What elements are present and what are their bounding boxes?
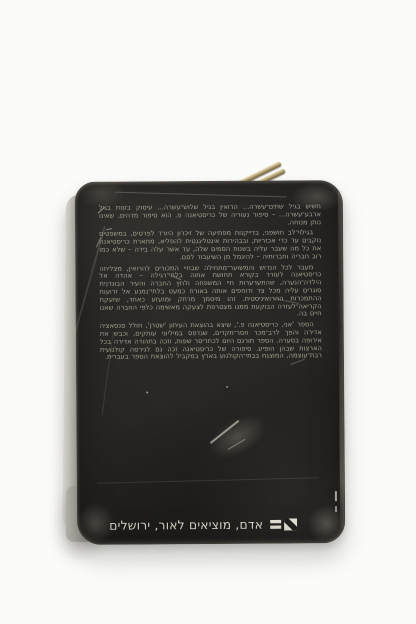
publisher-imprint: אדם, מוציאים לאור, ירושלים bbox=[101, 517, 297, 532]
product-photo: חשיש בגיל שתים־עשרה... הרואין בגיל שלוש־… bbox=[0, 0, 416, 624]
blurb-paragraph: מעבר לכל הנדוש והמשוער־מתחילה שבחיי המכו… bbox=[99, 264, 321, 320]
scratch bbox=[115, 192, 287, 198]
speck bbox=[226, 386, 228, 388]
scratch bbox=[210, 420, 239, 444]
blurb-paragraph: חשיש בגיל שתים־עשרה... הרואין בגיל שלוש־… bbox=[99, 203, 321, 228]
scuff-patch bbox=[188, 394, 286, 479]
worn-edge-highlight bbox=[338, 190, 344, 528]
back-cover-text: חשיש בגיל שתים־עשרה... הרואין בגיל שלוש־… bbox=[99, 203, 322, 365]
leather-book-cover: חשיש בגיל שתים־עשרה... הרואין בגיל שלוש־… bbox=[75, 180, 346, 545]
speck bbox=[146, 391, 148, 393]
scratch bbox=[228, 439, 246, 450]
publisher-logo-icon bbox=[270, 518, 297, 530]
corner-sheen bbox=[301, 498, 353, 550]
blurb-paragraph: בגילוי־לב חושפני, בדייקנות מפתיעה של זיכ… bbox=[99, 230, 321, 263]
edge-print-mark bbox=[335, 491, 337, 501]
crease bbox=[97, 477, 319, 483]
publisher-name: אדם, מוציאים לאור, ירושלים bbox=[109, 518, 263, 533]
edge-print-mark bbox=[335, 506, 337, 512]
blurb-paragraph: הספר 'אני, כריסטיאנה פ.', שיצא בהוצאת הע… bbox=[100, 321, 322, 362]
